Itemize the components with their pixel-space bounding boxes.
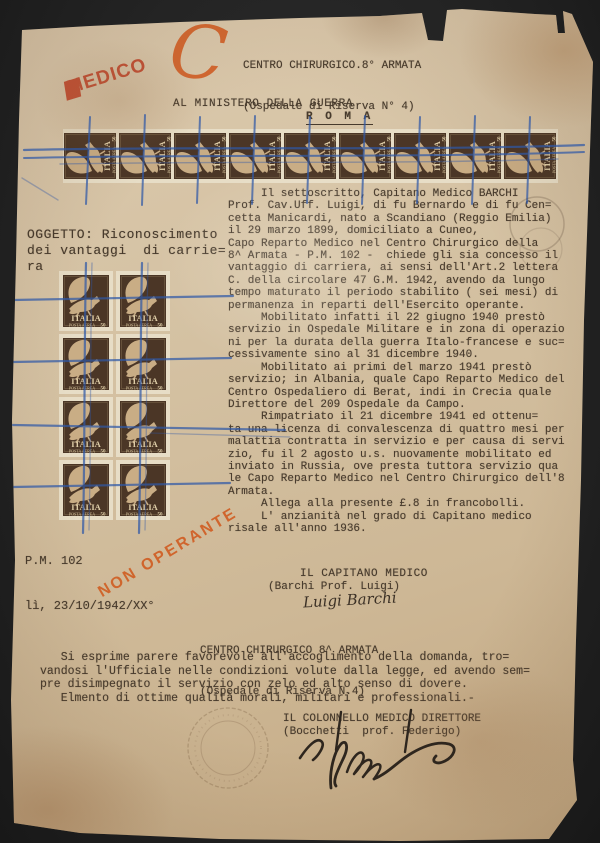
svg-text:50: 50 bbox=[443, 136, 448, 142]
svg-text:ITALIA: ITALIA bbox=[212, 140, 222, 170]
svg-text:ITALIA: ITALIA bbox=[128, 439, 158, 449]
text-line: zio, fu il 2 agosto u.s. nuovamente mobi… bbox=[228, 449, 565, 461]
svg-text:POSTA AEREA: POSTA AEREA bbox=[126, 323, 152, 328]
text-line: ra bbox=[27, 259, 226, 275]
pegasus-stamp-art: ITALIA POSTA AEREA 50 bbox=[338, 129, 393, 183]
svg-text:ITALIA: ITALIA bbox=[267, 140, 277, 170]
svg-text:50: 50 bbox=[168, 136, 173, 142]
svg-text:ITALIA: ITALIA bbox=[377, 140, 387, 170]
svg-text:POSTA AEREA: POSTA AEREA bbox=[69, 512, 95, 517]
svg-text:POSTA AEREA: POSTA AEREA bbox=[332, 147, 337, 173]
text-line: Il settoscritto, Capitano Medico BARCHI bbox=[228, 188, 565, 200]
text-line: servizio in Ospedale Militare e in zona … bbox=[228, 324, 565, 336]
text-line: dei vantaggi di carrie= bbox=[27, 243, 226, 259]
recipient-line: AL MINISTERO DELLA GUERRA bbox=[173, 98, 353, 110]
text-line: Si esprime parere favorevole all'accogli… bbox=[40, 651, 530, 665]
postage-stamp-pegasus-rotated: ITALIA POSTA AEREA 50 bbox=[503, 128, 558, 183]
svg-text:50: 50 bbox=[333, 136, 338, 142]
pegasus-stamp-art: ITALIA POSTA AEREA 50 bbox=[116, 334, 170, 394]
text-line: cessivamente sino al 31 dicembre 1940. bbox=[228, 349, 565, 361]
svg-text:POSTA AEREA: POSTA AEREA bbox=[126, 512, 152, 517]
svg-text:50: 50 bbox=[101, 324, 107, 329]
svg-text:50: 50 bbox=[498, 136, 503, 142]
svg-text:ITALIA: ITALIA bbox=[157, 140, 167, 170]
text-line: risale all'anno 1936. bbox=[228, 523, 565, 535]
pegasus-stamp-art: ITALIA POSTA AEREA 50 bbox=[228, 129, 283, 183]
text-line: il 29 marzo 1899, domiciliato a Cuneo, bbox=[228, 225, 565, 237]
pegasus-stamp-art: ITALIA POSTA AEREA 50 bbox=[118, 129, 173, 183]
control-letter-c: C bbox=[166, 13, 231, 93]
pegasus-stamp-art: ITALIA POSTA AEREA 50 bbox=[63, 129, 118, 183]
svg-text:50: 50 bbox=[158, 387, 164, 392]
svg-text:50: 50 bbox=[158, 513, 164, 518]
pegasus-stamp-art: ITALIA POSTA AEREA 50 bbox=[59, 271, 113, 331]
text-line: Capo Reparto Medico nel Centro Chirurgic… bbox=[228, 238, 565, 250]
pegasus-stamp-art: ITALIA POSTA AEREA 50 bbox=[173, 129, 228, 183]
unit-header-line1: CENTRO CHIRURGICO.8° ARMATA bbox=[243, 60, 421, 74]
text-line: Direttore del 209 Ospedale da Campo. bbox=[228, 399, 565, 411]
svg-text:POSTA AEREA: POSTA AEREA bbox=[222, 147, 227, 173]
subject-block: OGGETTO: Riconoscimentodei vantaggi di c… bbox=[27, 227, 226, 275]
postage-stamp-pegasus-rotated: ITALIA POSTA AEREA 50 bbox=[283, 128, 338, 183]
text-line: ta una licenza di convalescenza di quatt… bbox=[228, 424, 565, 436]
svg-text:50: 50 bbox=[158, 450, 164, 455]
text-line: ni per la durata della guerra Italo-fran… bbox=[228, 337, 565, 349]
svg-text:ITALIA: ITALIA bbox=[322, 140, 332, 170]
text-line: cetta Manicardi, nato a Scandiano (Reggi… bbox=[228, 213, 565, 225]
pegasus-stamp-art: ITALIA POSTA AEREA 50 bbox=[283, 129, 338, 183]
postage-stamp-pegasus-rotated: ITALIA POSTA AEREA 50 bbox=[118, 128, 173, 183]
text-line: vantaggio di carriera, ai sensi dell'Art… bbox=[228, 262, 565, 274]
postage-stamp-pegasus-rotated: ITALIA POSTA AEREA 50 bbox=[448, 128, 503, 183]
postage-stamp-pegasus: ITALIA POSTA AEREA 50 bbox=[116, 334, 170, 394]
postage-stamp-pegasus: ITALIA POSTA AEREA 50 bbox=[116, 397, 170, 457]
svg-text:POSTA AEREA: POSTA AEREA bbox=[167, 147, 172, 173]
pegasus-stamp-art: ITALIA POSTA AEREA 50 bbox=[59, 334, 113, 394]
text-line: permanenza in reparti dell'Esercito oper… bbox=[228, 300, 565, 312]
postage-stamp-pegasus: ITALIA POSTA AEREA 50 bbox=[59, 334, 113, 394]
pegasus-stamp-art: ITALIA POSTA AEREA 50 bbox=[59, 460, 113, 520]
svg-text:ITALIA: ITALIA bbox=[487, 140, 497, 170]
endorsement-text: Si esprime parere favorevole all'accogli… bbox=[40, 651, 530, 705]
svg-text:POSTA AEREA: POSTA AEREA bbox=[69, 323, 95, 328]
text-line: malattia contratta in servizio e per cau… bbox=[228, 436, 565, 448]
pegasus-stamp-art: ITALIA POSTA AEREA 50 bbox=[116, 460, 170, 520]
text-line: Mobilitato infatti il 22 giugno 1940 pre… bbox=[228, 312, 565, 324]
pegasus-stamp-art: ITALIA POSTA AEREA 50 bbox=[116, 271, 170, 331]
postage-stamp-pegasus-rotated: ITALIA POSTA AEREA 50 bbox=[393, 128, 448, 183]
svg-text:POSTA AEREA: POSTA AEREA bbox=[552, 147, 557, 173]
svg-text:ITALIA: ITALIA bbox=[542, 140, 552, 170]
svg-text:POSTA AEREA: POSTA AEREA bbox=[277, 147, 282, 173]
postage-stamp-pegasus-rotated: ITALIA POSTA AEREA 50 bbox=[63, 128, 118, 183]
postage-stamp-pegasus: ITALIA POSTA AEREA 50 bbox=[116, 271, 170, 331]
reference-block: P.M. 102 lì, 23/10/1942/XX° bbox=[25, 524, 155, 644]
postage-stamp-pegasus: ITALIA POSTA AEREA 50 bbox=[59, 271, 113, 331]
text-line: 8^ Armata - P.M. 102 - chiede gli sia co… bbox=[228, 250, 565, 262]
text-line: OGGETTO: Riconoscimento bbox=[27, 227, 226, 243]
pegasus-stamp-art: ITALIA POSTA AEREA 50 bbox=[116, 397, 170, 457]
svg-text:50: 50 bbox=[278, 136, 283, 142]
stamp-block-left: ITALIA POSTA AEREA 50 ITALIA POSTA AEREA… bbox=[59, 271, 170, 520]
svg-text:ITALIA: ITALIA bbox=[102, 140, 112, 170]
text-line: L' anzianità nel grado di Capitano medic… bbox=[228, 511, 565, 523]
pegasus-stamp-art: ITALIA POSTA AEREA 50 bbox=[393, 129, 448, 183]
svg-text:50: 50 bbox=[101, 387, 107, 392]
text-line: Armata. bbox=[228, 486, 565, 498]
text-line: le Capo Reparto Medico nel Centro Chirur… bbox=[228, 473, 565, 485]
svg-text:50: 50 bbox=[101, 513, 107, 518]
svg-text:ITALIA: ITALIA bbox=[71, 502, 101, 512]
svg-text:50: 50 bbox=[553, 136, 558, 142]
svg-text:POSTA AEREA: POSTA AEREA bbox=[497, 147, 502, 173]
svg-text:ITALIA: ITALIA bbox=[71, 439, 101, 449]
svg-text:POSTA AEREA: POSTA AEREA bbox=[126, 386, 152, 391]
photo-background: CENTRO CHIRURGICO.8° ARMATA (Ospedale di… bbox=[0, 0, 600, 843]
svg-text:POSTA AEREA: POSTA AEREA bbox=[69, 449, 95, 454]
text-line: Elmento di ottime qualità morali, milita… bbox=[40, 692, 530, 706]
svg-text:POSTA AEREA: POSTA AEREA bbox=[126, 449, 152, 454]
text-line: tempo maturato il periodo stabilito ( se… bbox=[228, 287, 565, 299]
svg-text:50: 50 bbox=[101, 450, 107, 455]
svg-text:POSTA AEREA: POSTA AEREA bbox=[112, 147, 117, 173]
svg-text:50: 50 bbox=[388, 136, 393, 142]
text-line: pre disimpegnato il servizio con zelo ed… bbox=[40, 678, 530, 692]
text-line: Prof. Cav.Uff. Luigi, di fu Bernardo e d… bbox=[228, 200, 565, 212]
document-date: lì, 23/10/1942/XX° bbox=[25, 599, 155, 614]
document-paper: CENTRO CHIRURGICO.8° ARMATA (Ospedale di… bbox=[0, 0, 600, 843]
text-line: Allega alla presente £.8 in francobolli. bbox=[228, 498, 565, 510]
text-line: C. della circolare 47 G.M. 1942, avendo … bbox=[228, 275, 565, 287]
pegasus-stamp-art: ITALIA POSTA AEREA 50 bbox=[59, 397, 113, 457]
postage-stamp-pegasus: ITALIA POSTA AEREA 50 bbox=[59, 397, 113, 457]
text-line: Mobilitato ai primi del marzo 1941 prest… bbox=[228, 362, 565, 374]
text-line: servizio; in Albania, quale Capo Reparto… bbox=[228, 374, 565, 386]
postage-stamp-pegasus: ITALIA POSTA AEREA 50 bbox=[116, 460, 170, 520]
text-line: Rimpatriato il 21 dicembre 1941 ed otten… bbox=[228, 411, 565, 423]
colonel-signature-title: IL COLONNELLO MEDICO DIRETTORE bbox=[283, 713, 481, 725]
svg-text:ITALIA: ITALIA bbox=[71, 376, 101, 386]
svg-text:ITALIA: ITALIA bbox=[128, 502, 158, 512]
captain-signature-title: IL CAPITANO MEDICO bbox=[300, 568, 428, 580]
postage-stamp-pegasus: ITALIA POSTA AEREA 50 bbox=[59, 460, 113, 520]
text-line: inviato in Russia, ove presta tuttora se… bbox=[228, 461, 565, 473]
text-line: Centro Ospedaliero di Berat, indi in Cre… bbox=[228, 387, 565, 399]
stamp-row-top: ITALIA POSTA AEREA 50 ITALIA POSTA AEREA… bbox=[63, 128, 558, 183]
recipient-city: R O M A bbox=[306, 111, 373, 125]
svg-text:ITALIA: ITALIA bbox=[432, 140, 442, 170]
svg-text:ITALIA: ITALIA bbox=[71, 313, 101, 323]
svg-text:POSTA AEREA: POSTA AEREA bbox=[69, 386, 95, 391]
svg-text:50: 50 bbox=[113, 136, 118, 142]
pegasus-stamp-art: ITALIA POSTA AEREA 50 bbox=[503, 129, 558, 183]
captain-signature-handwriting: Luigi Barchi bbox=[303, 589, 397, 612]
svg-text:50: 50 bbox=[158, 324, 164, 329]
postage-stamp-pegasus-rotated: ITALIA POSTA AEREA 50 bbox=[228, 128, 283, 183]
svg-text:POSTA AEREA: POSTA AEREA bbox=[442, 147, 447, 173]
svg-text:50: 50 bbox=[223, 136, 228, 142]
postage-stamp-pegasus-rotated: ITALIA POSTA AEREA 50 bbox=[338, 128, 393, 183]
colonel-signature-name: (Bocchetti prof. Federigo) bbox=[283, 726, 461, 738]
svg-text:ITALIA: ITALIA bbox=[128, 376, 158, 386]
svg-text:POSTA AEREA: POSTA AEREA bbox=[387, 147, 392, 173]
svg-text:ITALIA: ITALIA bbox=[128, 313, 158, 323]
postage-stamp-pegasus-rotated: ITALIA POSTA AEREA 50 bbox=[173, 128, 228, 183]
text-line: vandosi l'Ufficiale nelle condizioni vol… bbox=[40, 665, 530, 679]
pegasus-stamp-art: ITALIA POSTA AEREA 50 bbox=[448, 129, 503, 183]
body-text: Il settoscritto, Capitano Medico BARCHIP… bbox=[228, 188, 565, 535]
medico-handstamp: MEDICO bbox=[65, 54, 150, 99]
